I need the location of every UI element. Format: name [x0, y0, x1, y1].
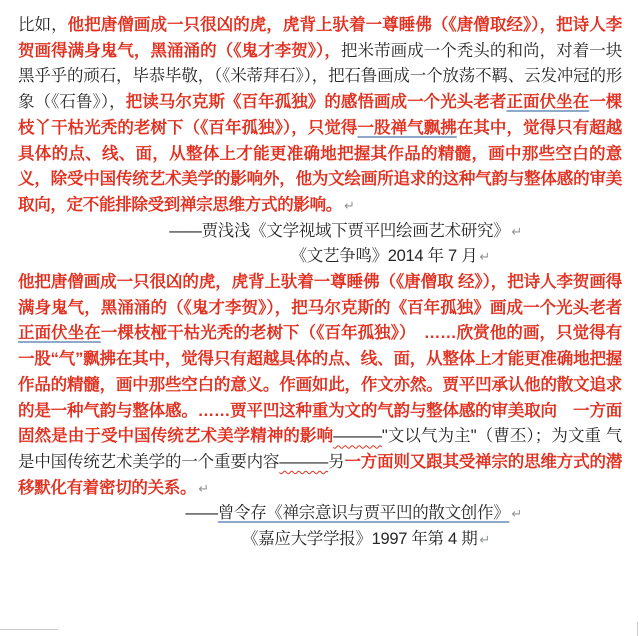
citation-text-underlined: 曾令存《禅宗意识与贾平凹的散文创作》 — [218, 504, 510, 522]
citation-dash: —— — [169, 222, 201, 240]
paragraph-quote-1: 比如，他把唐僧画成一只很凶的虎，虎背上驮着一尊睡佛（《唐僧取经》），把诗人李贺画… — [18, 13, 622, 219]
paragraph-return-mark: ↵ — [509, 224, 522, 239]
paragraph-return-mark: ↵ — [477, 532, 490, 547]
citation-dash: —— — [185, 504, 217, 522]
em-dash-run: ——— — [279, 453, 328, 471]
text-segment-red: 他把唐僧画成一只很凶的虎，虎背上驮着一尊睡佛（《唐僧取 经》），把诗人李贺画得满… — [18, 273, 622, 317]
citation-text: 《嘉应大学学报》1997 年第 4 期 — [242, 530, 477, 548]
paragraph-return-mark: ↵ — [477, 249, 490, 264]
citation-journal-1: 《文艺争鸣》2014 年 7 月↵ — [18, 244, 622, 270]
page-boundary-mark-bottom-right — [637, 622, 638, 636]
citation-source-1: ——贾浅浅《文学视域下贾平凹绘画艺术研究》↵ — [18, 219, 622, 245]
citation-text: 贾浅浅《文学视域下贾平凹绘画艺术研究》 — [202, 222, 510, 240]
citation-source-2: ——曾令存《禅宗意识与贾平凹的散文创作》↵ — [18, 501, 622, 527]
em-dash-run: ——— — [333, 427, 382, 445]
text-segment-red: 把读马尔克斯《百年孤独》的感悟画成一个光头老者 — [126, 93, 507, 111]
paragraph-return-mark: ↵ — [196, 481, 209, 496]
text-segment-black: 比如， — [18, 16, 68, 34]
underlined-phrase: 正面伏坐在 — [506, 93, 589, 111]
underlined-phrase: 一股禅气飘拂 — [357, 119, 456, 137]
paragraph-quote-2: 他把唐僧画成一只很凶的虎，虎背上驮着一尊睡佛（《唐僧取 经》），把诗人李贺画得满… — [18, 270, 622, 501]
underlined-phrase: 正面伏坐在 — [18, 324, 101, 342]
page-boundary-mark-bottom-left — [0, 629, 58, 630]
citation-journal-2: 《嘉应大学学报》1997 年第 4 期↵ — [18, 527, 622, 553]
paragraph-return-mark: ↵ — [342, 198, 355, 213]
document-page: 比如，他把唐僧画成一只很凶的虎，虎背上驮着一尊睡佛（《唐僧取经》），把诗人李贺画… — [0, 0, 640, 636]
citation-text: 《文艺争鸣》2014 年 7 月 — [291, 247, 478, 265]
paragraph-return-mark: ↵ — [509, 506, 522, 521]
text-segment-black: 另 — [328, 453, 344, 471]
